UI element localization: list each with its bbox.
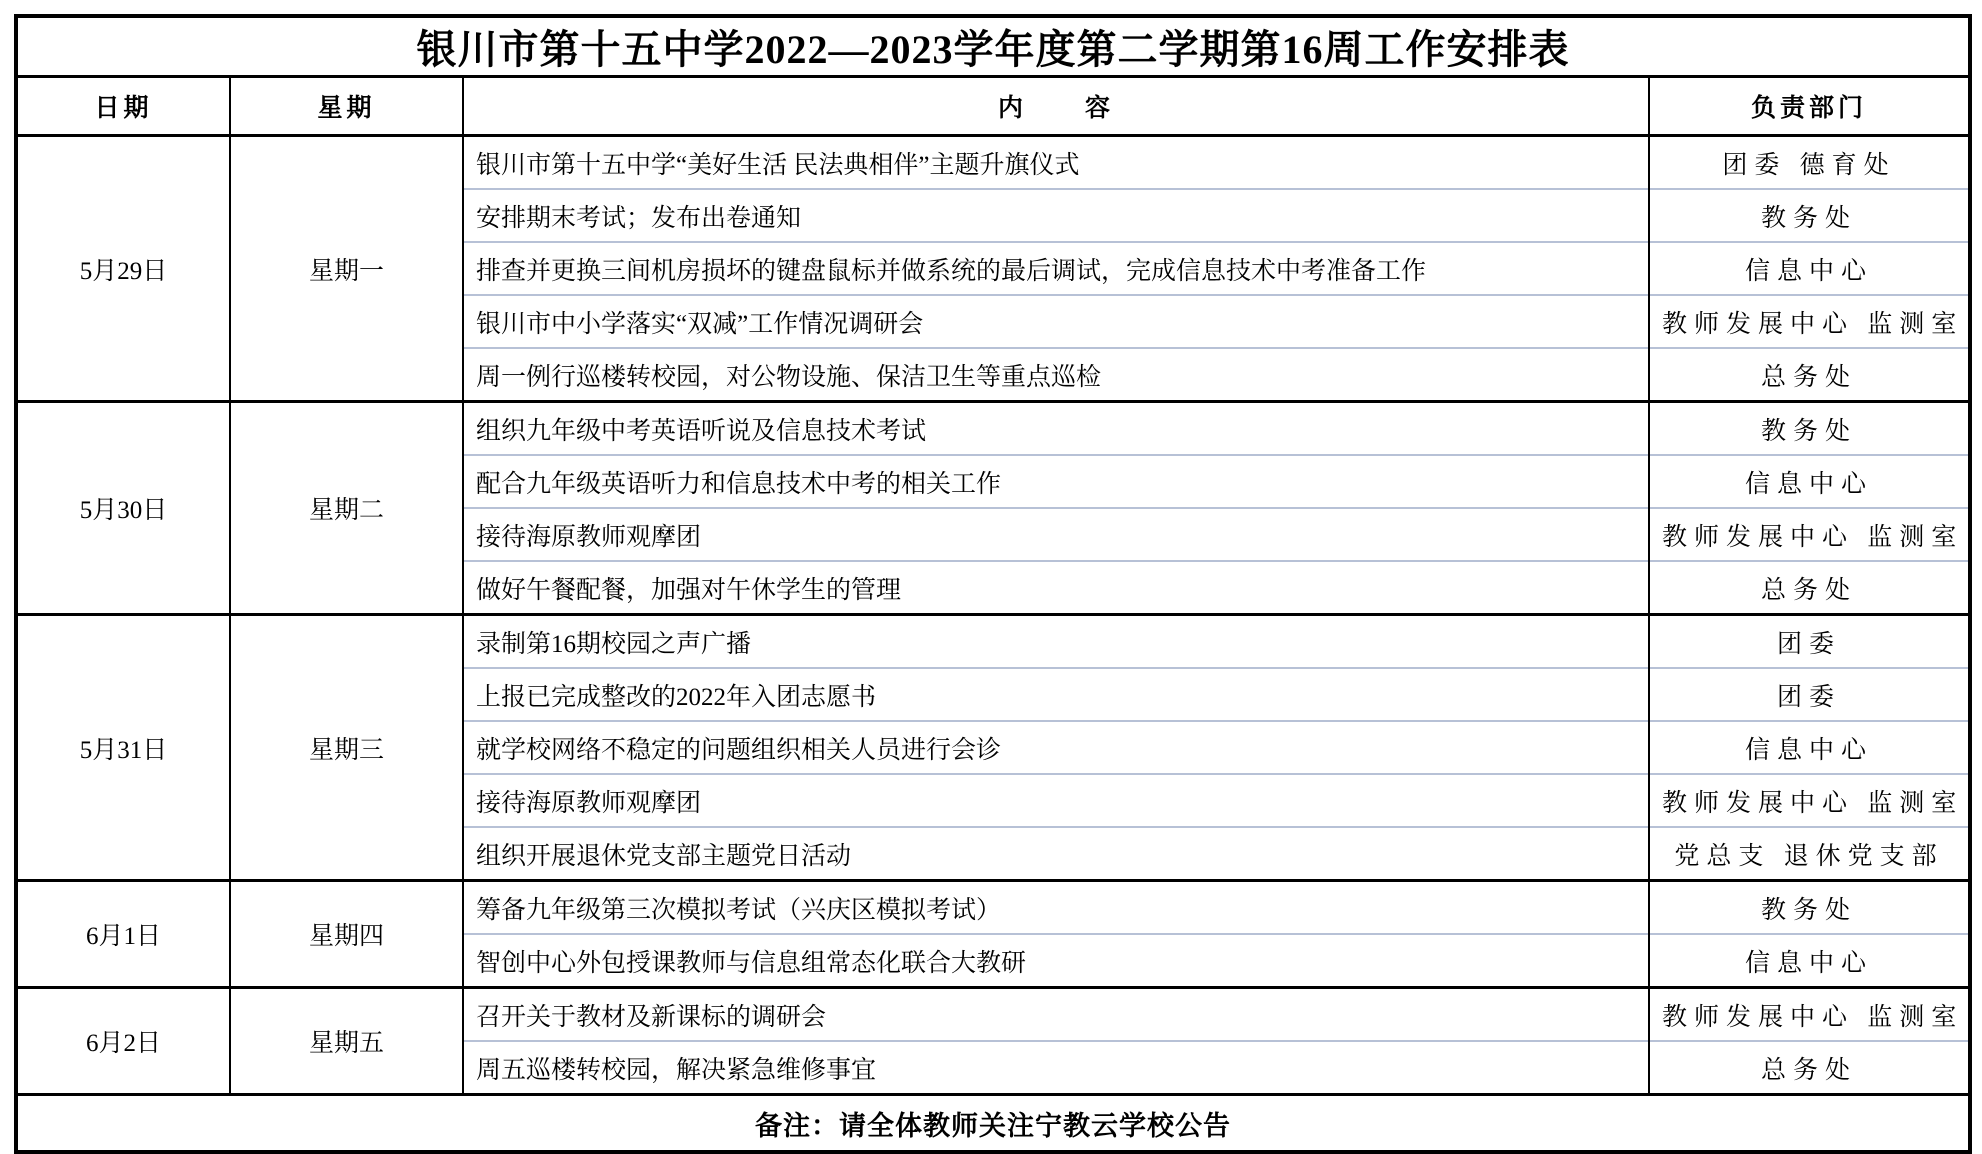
department-cell: 总务处 <box>1649 348 1970 402</box>
department-cell: 信息中心 <box>1649 242 1970 295</box>
department-cell: 教师发展中心 监测室 <box>1649 508 1970 561</box>
title-row: 银川市第十五中学2022—2023学年度第二学期第16周工作安排表 <box>16 16 1970 77</box>
department-cell: 总务处 <box>1649 1041 1970 1095</box>
department-cell: 信息中心 <box>1649 455 1970 508</box>
column-header-department: 负责部门 <box>1649 77 1970 136</box>
department-cell: 团委 德育处 <box>1649 136 1970 190</box>
task-content-cell: 智创中心外包授课教师与信息组常态化联合大教研 <box>463 934 1649 988</box>
task-content-cell: 做好午餐配餐，加强对午休学生的管理 <box>463 561 1649 615</box>
task-content-cell: 组织开展退休党支部主题党日活动 <box>463 827 1649 881</box>
task-content-cell: 召开关于教材及新课标的调研会 <box>463 988 1649 1042</box>
schedule-row: 6月1日星期四筹备九年级第三次模拟考试（兴庆区模拟考试）教务处 <box>16 881 1970 935</box>
page-title: 银川市第十五中学2022—2023学年度第二学期第16周工作安排表 <box>16 16 1970 77</box>
task-content-cell: 银川市第十五中学“美好生活 民法典相伴”主题升旗仪式 <box>463 136 1649 190</box>
date-cell: 5月29日 <box>16 136 230 402</box>
task-content-cell: 排查并更换三间机房损坏的键盘鼠标并做系统的最后调试，完成信息技术中考准备工作 <box>463 242 1649 295</box>
task-content-cell: 上报已完成整改的2022年入团志愿书 <box>463 668 1649 721</box>
task-content-cell: 配合九年级英语听力和信息技术中考的相关工作 <box>463 455 1649 508</box>
schedule-row: 5月30日星期二组织九年级中考英语听说及信息技术考试教务处 <box>16 402 1970 456</box>
column-header-date: 日期 <box>16 77 230 136</box>
date-cell: 5月31日 <box>16 615 230 881</box>
task-content-cell: 组织九年级中考英语听说及信息技术考试 <box>463 402 1649 456</box>
date-cell: 6月2日 <box>16 988 230 1095</box>
date-cell: 5月30日 <box>16 402 230 615</box>
footer-note: 备注：请全体教师关注宁教云学校公告 <box>16 1095 1970 1125</box>
department-cell: 团委 <box>1649 615 1970 669</box>
weekday-cell: 星期二 <box>230 402 463 615</box>
weekday-cell: 星期四 <box>230 881 463 988</box>
task-content-cell: 就学校网络不稳定的问题组织相关人员进行会诊 <box>463 721 1649 774</box>
schedule-body: 5月29日星期一银川市第十五中学“美好生活 民法典相伴”主题升旗仪式团委 德育处… <box>16 136 1970 1095</box>
department-cell: 信息中心 <box>1649 721 1970 774</box>
schedule-row: 5月31日星期三录制第16期校园之声广播团委 <box>16 615 1970 669</box>
department-cell: 教师发展中心 监测室 <box>1649 295 1970 348</box>
column-header-content: 内 容 <box>463 77 1649 136</box>
date-cell: 6月1日 <box>16 881 230 988</box>
column-header-weekday: 星期 <box>230 77 463 136</box>
weekly-schedule-table: 银川市第十五中学2022—2023学年度第二学期第16周工作安排表 日期 星期 … <box>14 14 1972 1124</box>
department-cell: 教务处 <box>1649 881 1970 935</box>
department-cell: 教师发展中心 监测室 <box>1649 774 1970 827</box>
task-content-cell: 周一例行巡楼转校园，对公物设施、保洁卫生等重点巡检 <box>463 348 1649 402</box>
task-content-cell: 接待海原教师观摩团 <box>463 508 1649 561</box>
task-content-cell: 筹备九年级第三次模拟考试（兴庆区模拟考试） <box>463 881 1649 935</box>
department-cell: 团委 <box>1649 668 1970 721</box>
task-content-cell: 安排期末考试；发布出卷通知 <box>463 189 1649 242</box>
department-cell: 教师发展中心 监测室 <box>1649 988 1970 1042</box>
department-cell: 信息中心 <box>1649 934 1970 988</box>
weekday-cell: 星期五 <box>230 988 463 1095</box>
weekday-cell: 星期三 <box>230 615 463 881</box>
department-cell: 党总支 退休党支部 <box>1649 827 1970 881</box>
task-content-cell: 录制第16期校园之声广播 <box>463 615 1649 669</box>
department-cell: 总务处 <box>1649 561 1970 615</box>
weekday-cell: 星期一 <box>230 136 463 402</box>
department-cell: 教务处 <box>1649 402 1970 456</box>
column-header-row: 日期 星期 内 容 负责部门 <box>16 77 1970 136</box>
task-content-cell: 接待海原教师观摩团 <box>463 774 1649 827</box>
task-content-cell: 银川市中小学落实“双减”工作情况调研会 <box>463 295 1649 348</box>
task-content-cell: 周五巡楼转校园，解决紧急维修事宜 <box>463 1041 1649 1095</box>
schedule-row: 6月2日星期五召开关于教材及新课标的调研会教师发展中心 监测室 <box>16 988 1970 1042</box>
schedule-row: 5月29日星期一银川市第十五中学“美好生活 民法典相伴”主题升旗仪式团委 德育处 <box>16 136 1970 190</box>
department-cell: 教务处 <box>1649 189 1970 242</box>
footer-row: 备注：请全体教师关注宁教云学校公告 <box>16 1095 1970 1125</box>
